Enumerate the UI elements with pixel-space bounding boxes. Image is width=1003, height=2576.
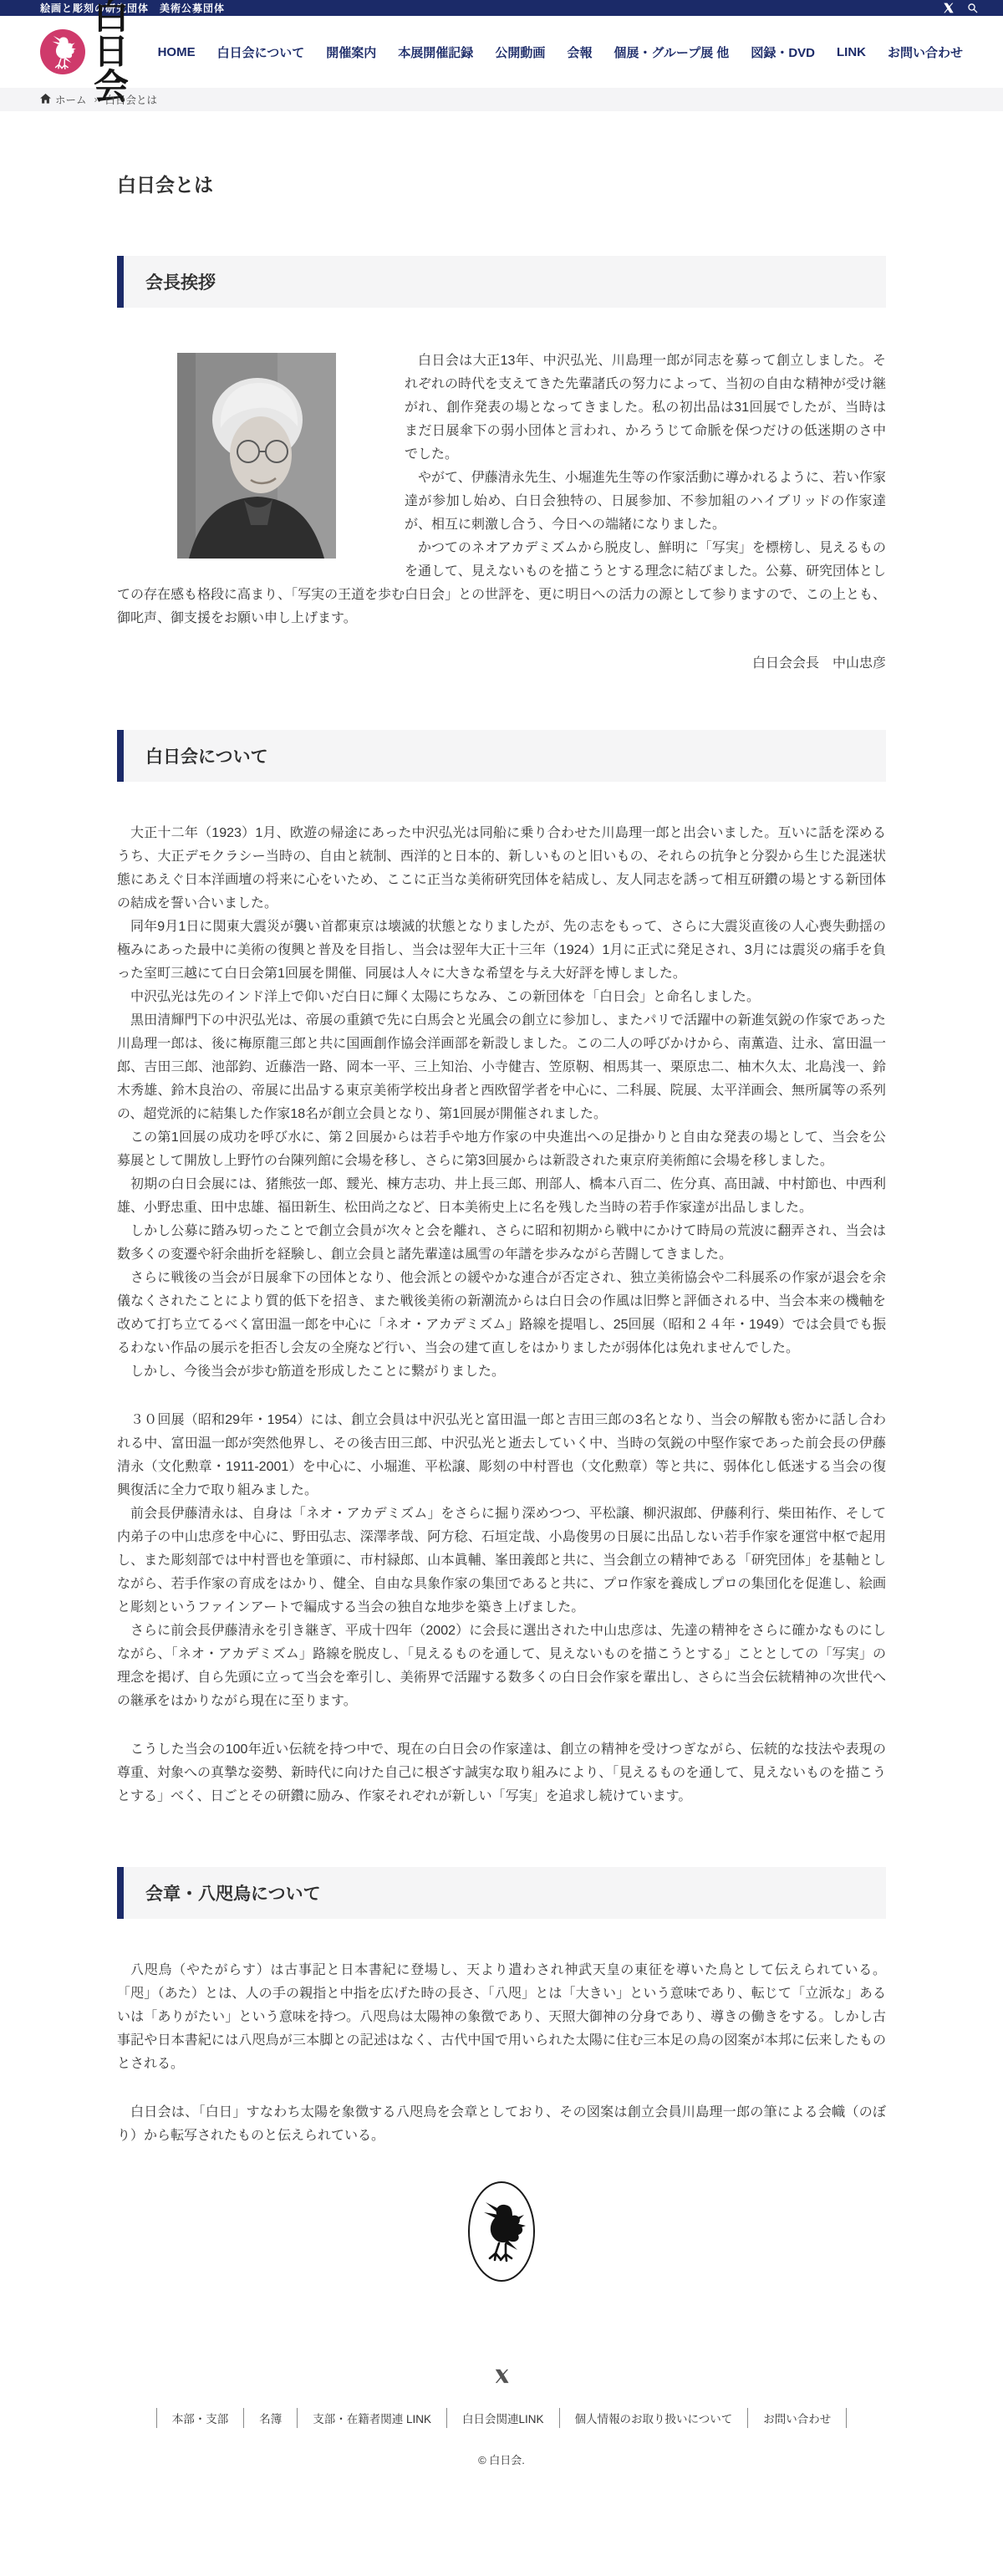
section-heading-greeting: 会長挨拶 xyxy=(117,256,886,308)
paragraph: こうした当会の100年近い伝統を持つ中で、現在の白日会の作家達は、創立の精神を受… xyxy=(117,1738,886,1808)
page-title: 白日会とは xyxy=(117,170,886,197)
nav-item-event-info[interactable]: 開催案内 xyxy=(326,43,376,61)
about-paragraph-group-1: 大正十二年（1923）1月、欧遊の帰途にあった中沢弘光は同船に乗り合わせた川島理… xyxy=(117,822,886,1384)
about-section: 大正十二年（1923）1月、欧遊の帰途にあった中沢弘光は同船に乗り合わせた川島理… xyxy=(117,822,886,1808)
footer-link-roster[interactable]: 名簿 xyxy=(243,2408,297,2428)
paragraph: さらに前会長伊藤清永を引き継ぎ、平成十四年（2002）に会長に選出された中山忠彦… xyxy=(117,1620,886,1713)
paragraph: しかし公募に踏み切ったことで創立会員が次々と会を離れ、さらに昭和初期から戦中にか… xyxy=(117,1220,886,1267)
breadcrumb-home-link[interactable]: ホーム xyxy=(40,92,87,107)
nav-item-catalog-dvd[interactable]: 図録・DVD xyxy=(751,43,815,61)
greeting-signature: 白日会会長 中山忠彦 xyxy=(117,652,886,671)
about-paragraph-group-3: こうした当会の100年近い伝統を持つ中で、現在の白日会の作家達は、創立の精神を受… xyxy=(117,1738,886,1808)
site-header: 白日会 HOME 白日会について 開催案内 本展開催記録 公開動画 会報 個展・… xyxy=(0,16,1003,88)
footer-link-related-links[interactable]: 白日会関連LINK xyxy=(446,2408,559,2428)
greeting-section: 白日会は大正13年、中沢弘光、川島理一郎が同志を募って創立しました。それぞれの時… xyxy=(117,349,886,671)
search-icon[interactable] xyxy=(967,3,978,13)
paragraph: さらに戦後の当会が日展傘下の団体となり、他会派との緩やかな連合が否定され、独立美… xyxy=(117,1267,886,1360)
logo-text: 白日会 xyxy=(94,0,158,105)
breadcrumb-separator: › xyxy=(94,94,98,105)
logo-crow-icon xyxy=(40,29,85,74)
breadcrumb-home-label: ホーム xyxy=(55,92,87,107)
section-heading-crest: 会章・八咫烏について xyxy=(117,1867,886,1919)
topbar-icons xyxy=(943,3,978,13)
paragraph: 大正十二年（1923）1月、欧遊の帰途にあった中沢弘光は同船に乗り合わせた川島理… xyxy=(117,822,886,916)
footer-x-social-icon[interactable] xyxy=(494,2369,509,2388)
copyright: © 白日会. xyxy=(0,2451,1003,2467)
chairman-portrait-photo xyxy=(177,353,336,559)
paragraph: 白日会は、「白日」すなわち太陽を象徴する八咫烏を会章としており、その図案は創立会… xyxy=(117,2101,886,2148)
yatagarasu-crest-emblem xyxy=(466,2180,537,2283)
nav-item-videos[interactable]: 公開動画 xyxy=(495,43,545,61)
paragraph: 八咫烏（やたがらす）は古事記と日本書紀に登場し、天より遣わされ神武天皇の東征を導… xyxy=(117,1959,886,2076)
x-social-icon[interactable] xyxy=(943,3,954,13)
section-heading-about: 白日会について xyxy=(117,730,886,782)
paragraph: 同年9月1日に関東大震災が襲い首都東京は壊滅的状態となりましたが、先の志をもって… xyxy=(117,916,886,986)
about-paragraph-group-2: ３０回展（昭和29年・1954）には、創立会員は中沢弘光と富田温一郎と吉田三郎の… xyxy=(117,1409,886,1713)
nav-item-solo-group-shows[interactable]: 個展・グループ展 他 xyxy=(614,43,729,61)
nav-item-about[interactable]: 白日会について xyxy=(217,43,305,61)
paragraph: しかし、今後当会が歩む筋道を形成したことに繋がりました。 xyxy=(117,1360,886,1384)
nav-item-exhibition-records[interactable]: 本展開催記録 xyxy=(398,43,473,61)
crest-section: 八咫烏（やたがらす）は古事記と日本書紀に登場し、天より遣わされ神武天皇の東征を導… xyxy=(117,1959,886,2148)
nav-item-contact[interactable]: お問い合わせ xyxy=(888,43,963,61)
footer-nav: 本部・支部 名簿 支部・在籍者関連 LINK 白日会関連LINK 個人情報のお取… xyxy=(0,2408,1003,2428)
nav-item-bulletin[interactable]: 会報 xyxy=(567,43,592,61)
paragraph: 前会長伊藤清永は、自身は「ネオ・アカデミズム」をさらに掘り深めつつ、平松譲、柳沢… xyxy=(117,1502,886,1620)
nav-item-home[interactable]: HOME xyxy=(158,45,196,59)
home-icon xyxy=(40,94,51,106)
paragraph: 初期の白日会展には、猪熊弦一郎、靉光、棟方志功、井上長三郎、刑部人、橋本八百二、… xyxy=(117,1173,886,1220)
breadcrumb-current: 白日会とは xyxy=(105,92,158,107)
breadcrumb: ホーム › 白日会とは xyxy=(0,88,1003,111)
nav-item-link[interactable]: LINK xyxy=(837,45,866,59)
paragraph: ３０回展（昭和29年・1954）には、創立会員は中沢弘光と富田温一郎と吉田三郎の… xyxy=(117,1409,886,1502)
footer-link-branch-member-links[interactable]: 支部・在籍者関連 LINK xyxy=(297,2408,446,2428)
paragraph: この第1回展の成功を呼び水に、第２回展からは若手や地方作家の中央進出への足掛かり… xyxy=(117,1126,886,1173)
paragraph: 黒田清輝門下の中沢弘光は、帝展の重鎮で先に白馬会と光風会の創立に参加し、またパリ… xyxy=(117,1009,886,1126)
footer-link-privacy-policy[interactable]: 個人情報のお取り扱いについて xyxy=(559,2408,748,2428)
site-footer: 本部・支部 名簿 支部・在籍者関連 LINK 白日会関連LINK 個人情報のお取… xyxy=(0,2344,1003,2487)
site-logo[interactable]: 白日会 xyxy=(40,0,158,105)
crest-paragraph-group-2: 白日会は、「白日」すなわち太陽を象徴する八咫烏を会章としており、その図案は創立会… xyxy=(117,2101,886,2148)
footer-link-headquarters-branches[interactable]: 本部・支部 xyxy=(156,2408,244,2428)
footer-link-contact[interactable]: お問い合わせ xyxy=(747,2408,847,2428)
paragraph: 中沢弘光は先のインド洋上で仰いだ白日に輝く太陽にちなみ、この新団体を「白日会」と… xyxy=(117,986,886,1009)
crest-paragraph-group-1: 八咫烏（やたがらす）は古事記と日本書紀に登場し、天より遣わされ神武天皇の東征を導… xyxy=(117,1959,886,2076)
main-nav: HOME 白日会について 開催案内 本展開催記録 公開動画 会報 個展・グループ… xyxy=(158,43,963,61)
